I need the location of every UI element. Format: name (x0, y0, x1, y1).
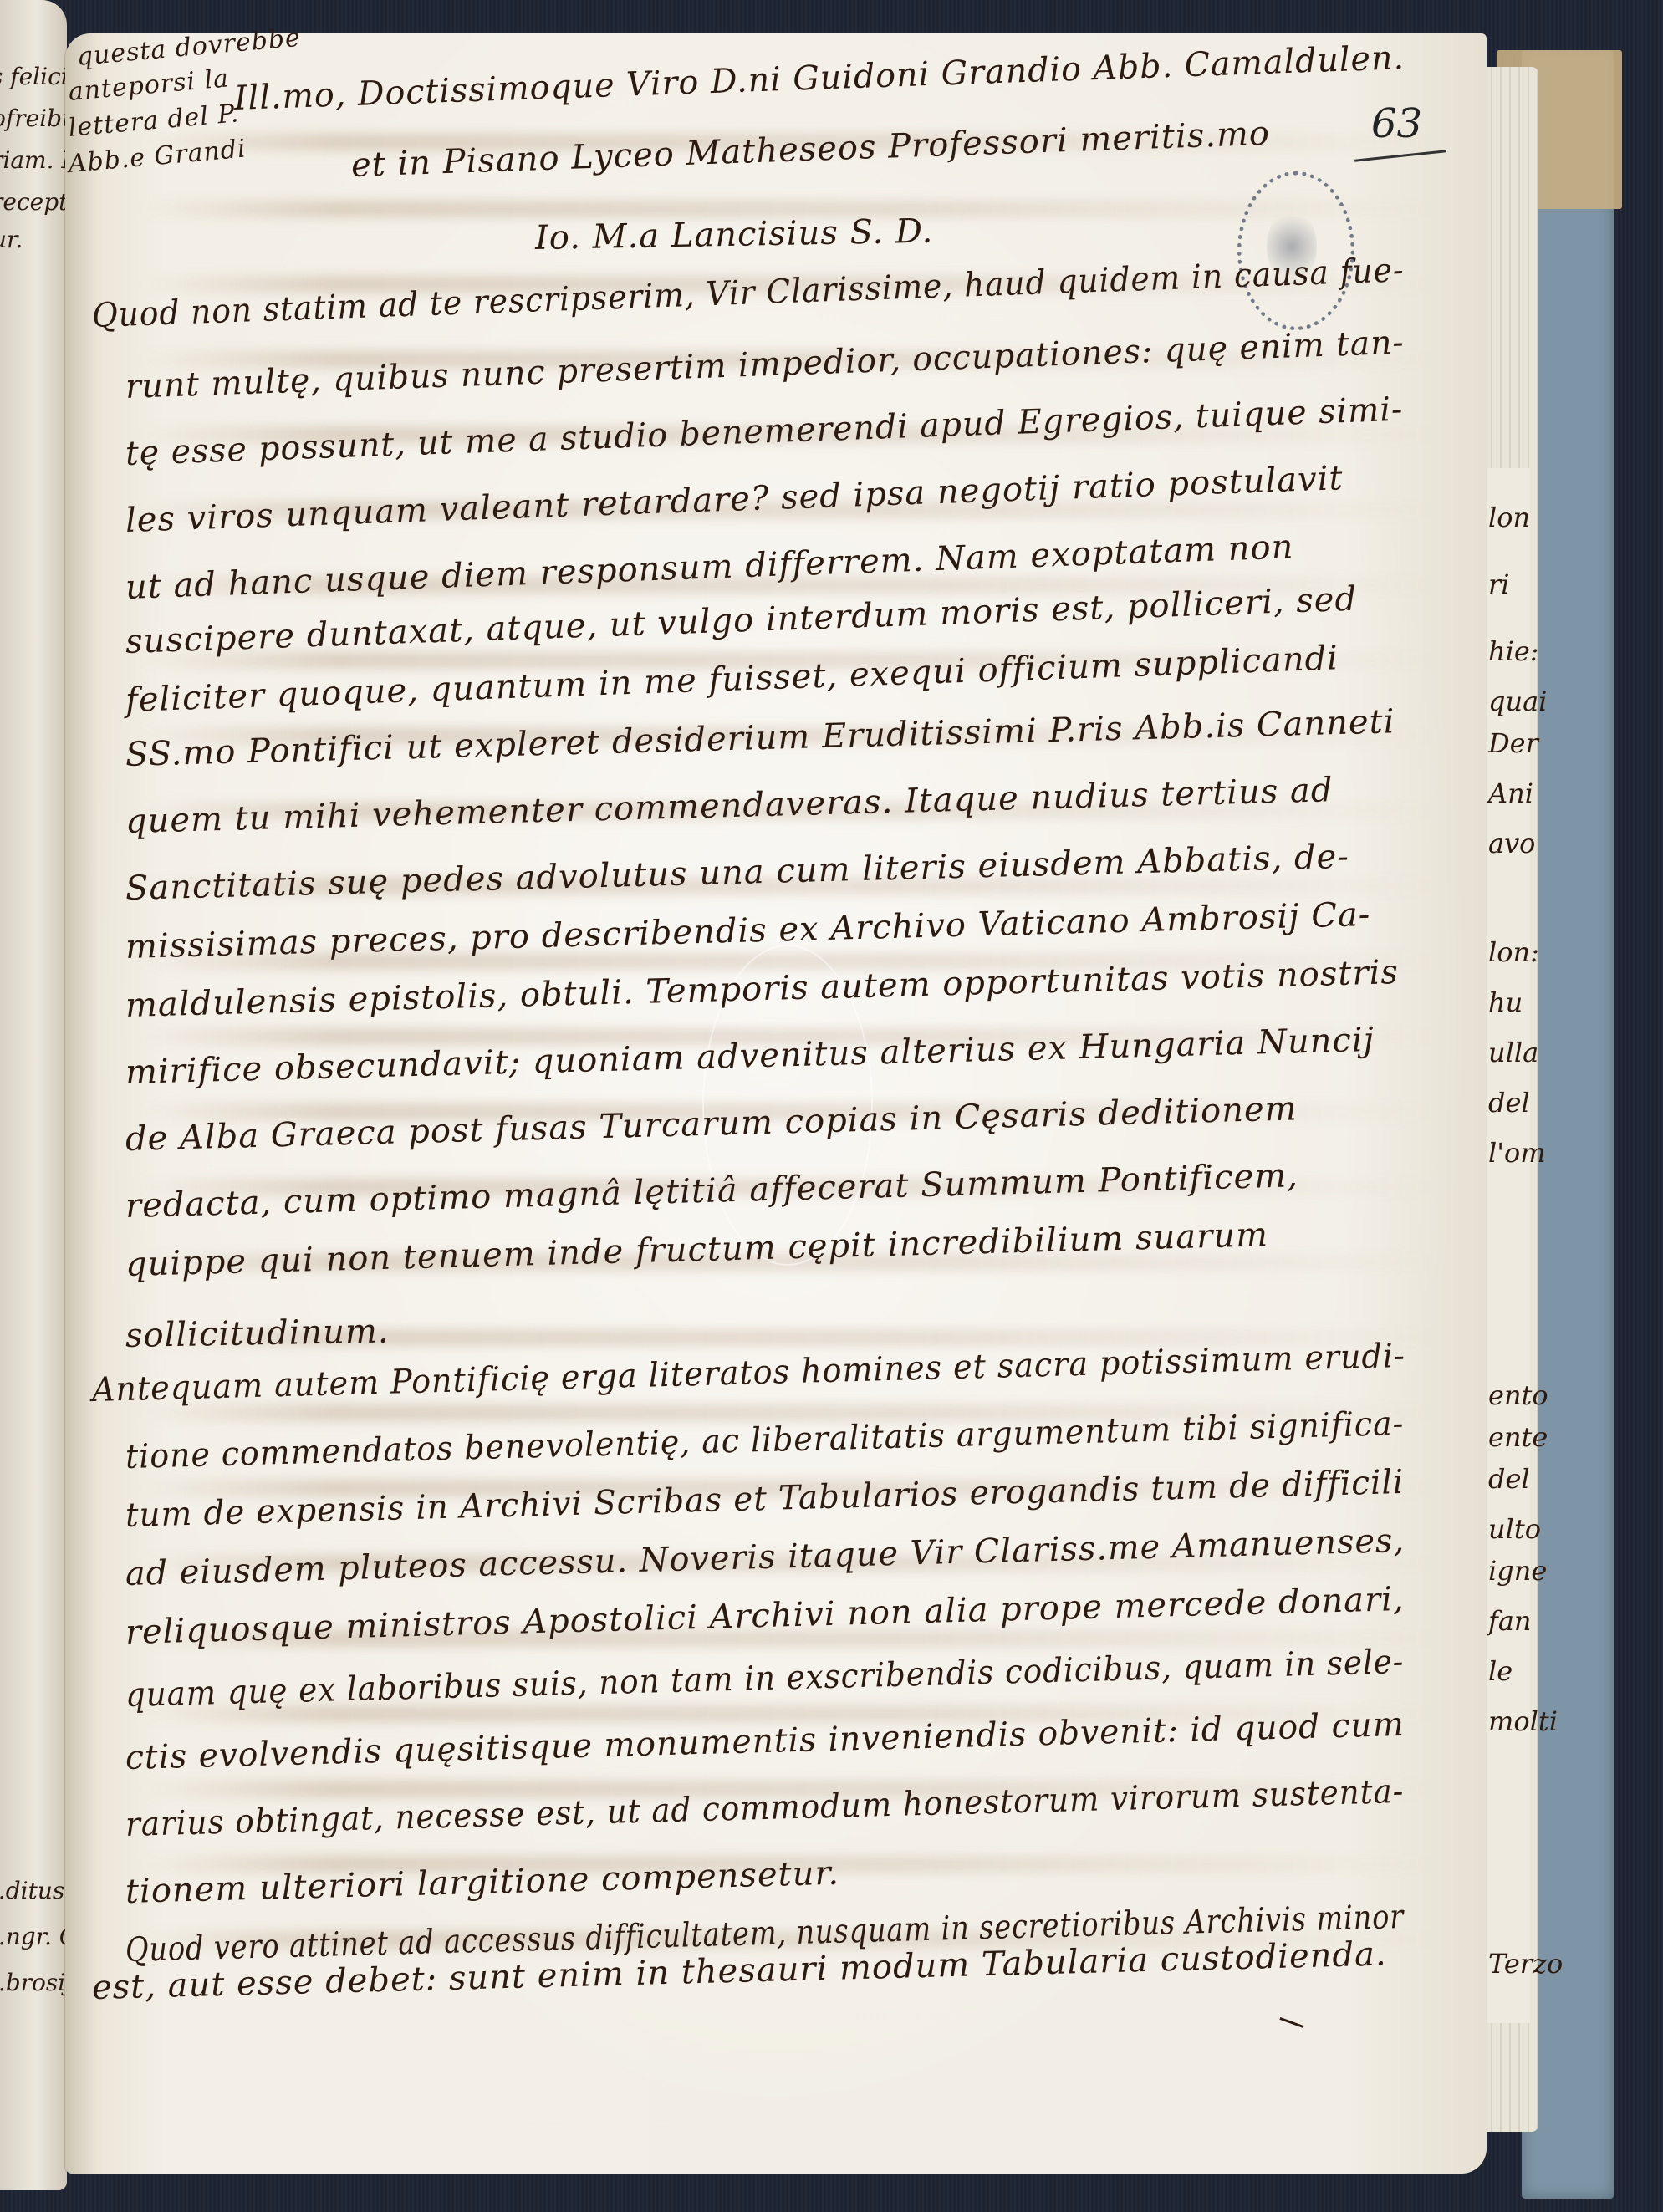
right-fragment: l'om (1488, 1137, 1546, 1169)
right-fragment: hu (1488, 986, 1523, 1018)
right-fragment: igne (1488, 1555, 1547, 1587)
right-fragment: ri (1488, 568, 1510, 600)
right-fragment: del (1488, 1087, 1530, 1119)
sender-line: Io. M.a Lancisius S. D. (535, 212, 934, 257)
letter-line: sollicitudinum. (125, 1312, 390, 1355)
right-fragment: Ani (1488, 777, 1533, 809)
right-fragment: lon: (1488, 936, 1539, 968)
right-fragment: fan (1488, 1605, 1532, 1637)
left-fragment: ...brosij (0, 1969, 73, 1996)
right-fragment: hie: (1488, 635, 1539, 667)
right-fragment: ente (1488, 1421, 1548, 1453)
folio-number: 63 (1371, 100, 1422, 147)
left-facing-page: is feliciter ofreibus riam. Ita receptum… (0, 0, 67, 2190)
right-fragment: quai (1488, 686, 1547, 717)
left-fragment: ...ditus (0, 1877, 64, 1904)
right-fragment: ulla (1488, 1037, 1538, 1068)
right-fragment: molti (1488, 1705, 1558, 1737)
right-fragment: avo (1488, 828, 1535, 859)
right-fragment: del (1488, 1463, 1530, 1495)
left-fragment: ur. (0, 226, 23, 253)
right-fragment: Der (1488, 727, 1538, 759)
right-fragment: Terzo (1488, 1948, 1563, 1980)
right-fragment: ulto (1488, 1513, 1541, 1545)
right-fragment: le (1488, 1655, 1513, 1687)
right-fragment: ento (1488, 1379, 1548, 1411)
facing-sheet: lon ri hie: quai Der Ani avo lon: hu ull… (1480, 468, 1530, 2023)
library-stamp (1237, 171, 1354, 330)
right-fragment: lon (1488, 502, 1530, 533)
